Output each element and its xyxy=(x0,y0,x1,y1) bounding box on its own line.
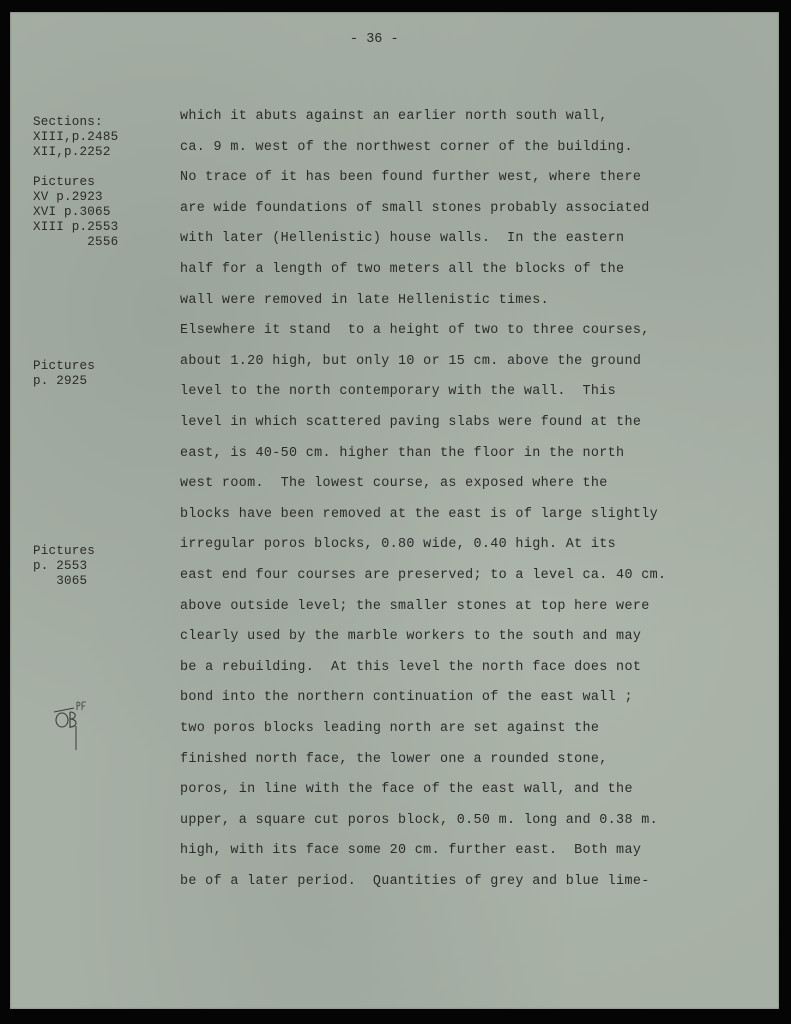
body-text-line: which it abuts against an earlier north … xyxy=(180,109,608,125)
body-text-line: upper, a square cut poros block, 0.50 m.… xyxy=(180,813,658,829)
body-text-line: bond into the northern continuation of t… xyxy=(180,690,633,706)
body-text-line: be of a later period. Quantities of grey… xyxy=(180,874,650,890)
body-text-line: west room. The lowest course, as exposed… xyxy=(180,476,608,492)
typed-document-page: - 36 - Sections:XIII,p.2485XII,p.2252Pic… xyxy=(10,12,779,1009)
body-text-line: about 1.20 high, but only 10 or 15 cm. a… xyxy=(180,354,641,370)
body-text-line: half for a length of two meters all the … xyxy=(180,262,624,278)
body-text-line: irregular poros blocks, 0.80 wide, 0.40 … xyxy=(180,537,616,553)
body-text-line: Elsewhere it stand to a height of two to… xyxy=(180,323,650,339)
body-text-line: poros, in line with the face of the east… xyxy=(180,782,633,798)
margin-note-line: Pictures xyxy=(33,359,95,374)
margin-note-line: 3065 xyxy=(33,574,87,589)
margin-note-line: Pictures xyxy=(33,544,95,559)
body-text-line: wall were removed in late Hellenistic ti… xyxy=(180,293,549,309)
body-text-line: be a rebuilding. At this level the north… xyxy=(180,660,641,676)
margin-note-line: XIII,p.2485 xyxy=(33,130,118,145)
body-text-line: east end four courses are preserved; to … xyxy=(180,568,666,584)
margin-note-line: Pictures xyxy=(33,175,95,190)
body-text-line: ca. 9 m. west of the northwest corner of… xyxy=(180,140,633,156)
body-text-line: are wide foundations of small stones pro… xyxy=(180,201,650,217)
margin-note-line: XVI p.3065 xyxy=(33,205,111,220)
margin-note-line: p. 2553 xyxy=(33,559,87,574)
body-text-line: finished north face, the lower one a rou… xyxy=(180,752,608,768)
page-number: - 36 - xyxy=(350,32,399,47)
margin-note-line: Sections: xyxy=(33,115,103,130)
margin-note-line: XV p.2923 xyxy=(33,190,103,205)
margin-note-line: XIII p.2553 xyxy=(33,220,118,235)
margin-note-line: 2556 xyxy=(33,235,118,250)
body-text-line: two poros blocks leading north are set a… xyxy=(180,721,599,737)
body-text-line: with later (Hellenistic) house walls. In… xyxy=(180,231,624,247)
body-text-line: east, is 40-50 cm. higher than the floor… xyxy=(180,446,624,462)
body-text-line: above outside level; the smaller stones … xyxy=(180,599,650,615)
body-text-line: No trace of it has been found further we… xyxy=(180,170,641,186)
margin-note-line: XII,p.2252 xyxy=(33,145,111,160)
body-text-line: high, with its face some 20 cm. further … xyxy=(180,843,641,859)
body-text-line: blocks have been removed at the east is … xyxy=(180,507,658,523)
body-text-line: level in which scattered paving slabs we… xyxy=(180,415,641,431)
handwritten-mark-icon xyxy=(46,692,96,752)
body-text-line: level to the north contemporary with the… xyxy=(180,384,616,400)
margin-note-line: p. 2925 xyxy=(33,374,87,389)
body-text-line: clearly used by the marble workers to th… xyxy=(180,629,641,645)
